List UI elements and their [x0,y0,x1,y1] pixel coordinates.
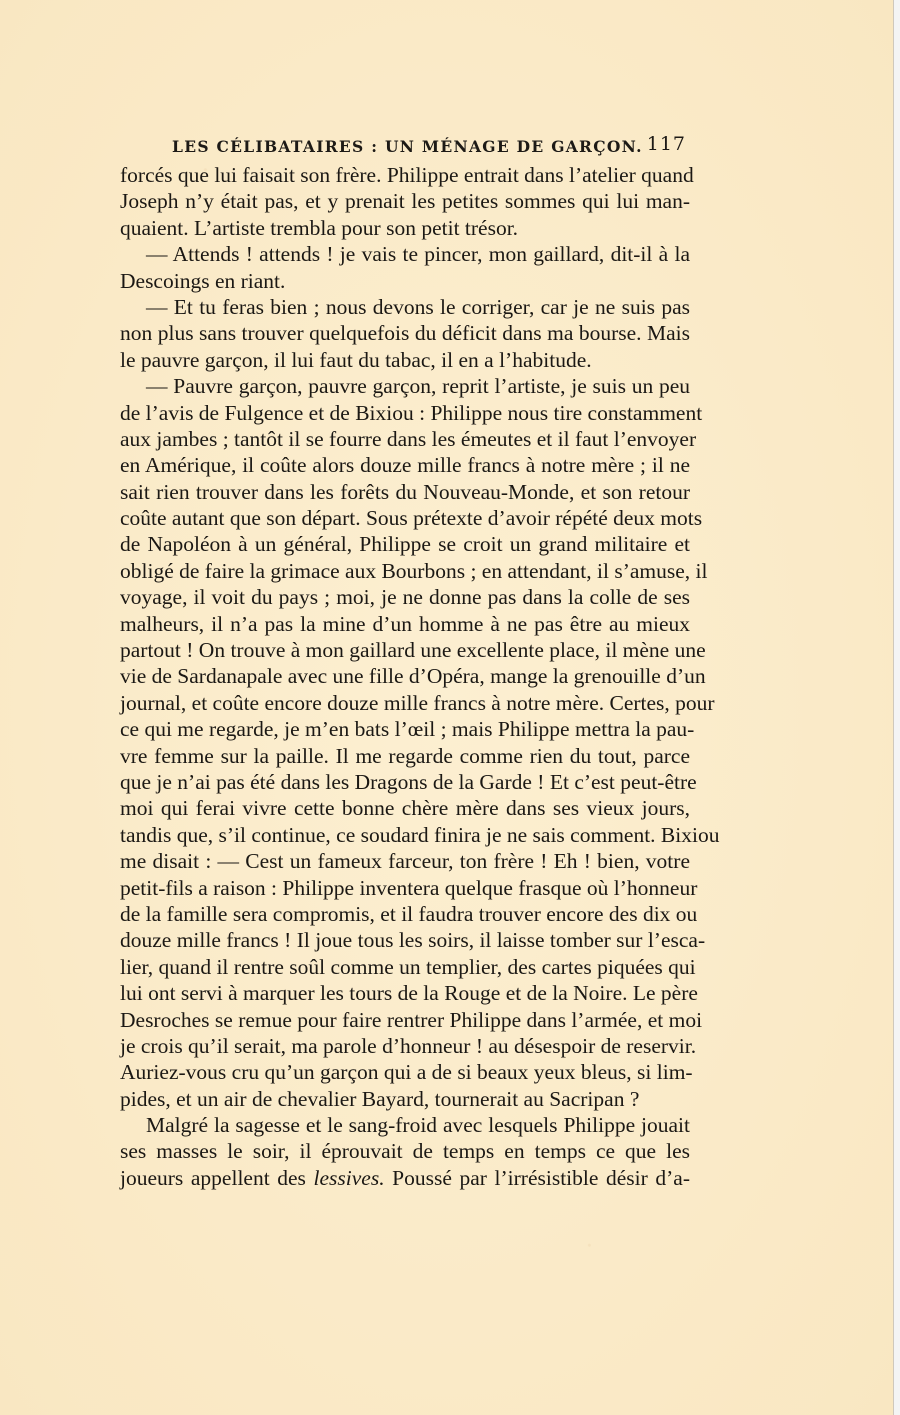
text-line: quaient. L’artiste trembla pour son peti… [120,215,690,241]
text-line: que je n’ai pas été dans les Dragons de … [120,769,690,795]
text-line: voyage, il voit du pays ; moi, je ne don… [120,584,690,610]
text-line: coûte autant que son départ. Sous prétex… [120,505,690,531]
text-line: Joseph n’y était pas, et y prenait les p… [120,188,690,214]
text-line: non plus sans trouver quelquefois du déf… [120,320,690,346]
page-number: 117 [647,133,686,155]
text-line: Auriez-vous cru qu’un garçon qui a de si… [120,1059,690,1085]
text-line: vre femme sur la paille. Il me regarde c… [120,743,690,769]
text-line: — Et tu feras bien ; nous devons le corr… [120,294,690,320]
text-line: forcés que lui faisait son frère. Philip… [120,162,690,188]
text-line: de Napoléon à un général, Philippe se cr… [120,531,690,557]
text-line: le pauvre garçon, il lui faut du tabac, … [120,347,690,373]
text-line: de la famille sera compromis, et il faud… [120,901,690,927]
text-line: lier, quand il rentre soûl comme un temp… [120,954,690,980]
text-line: pides, et un air de chevalier Bayard, to… [120,1086,690,1112]
running-head: LES CÉLIBATAIRES : UN MÉNAGE DE GARÇON. … [172,131,686,161]
text-line: Descoings en riant. [120,268,690,294]
text-line: — Pauvre garçon, pauvre garçon, reprit l… [120,373,690,399]
text-line: je crois qu’il serait, ma parole d’honne… [120,1033,690,1059]
text-fragment: Poussé par l’irrésistible désir d’a- [385,1166,690,1190]
text-line: obligé de faire la grimace aux Bourbons … [120,558,690,584]
text-line: journal, et coûte encore douze mille fra… [120,690,690,716]
text-line: douze mille francs ! Il joue tous les so… [120,927,690,953]
scan-edge [894,0,900,1415]
running-title: LES CÉLIBATAIRES : UN MÉNAGE DE GARÇON. [172,137,643,156]
text-line: tandis que, s’il continue, ce soudard fi… [120,822,690,848]
text-line: ce qui me regarde, je m’en bats l’œil ; … [120,716,690,742]
text-line: Desroches se remue pour faire rentrer Ph… [120,1007,690,1033]
text-line: joueurs appellent des lessives. Poussé p… [120,1165,690,1191]
text-line: aux jambes ; tantôt il se fourre dans le… [120,426,690,452]
text-line: petit-fils a raison : Philippe inventera… [120,875,690,901]
text-line: vie de Sardanapale avec une fille d’Opér… [120,663,690,689]
text-line: malheurs, il n’a pas la mine d’un homme … [120,611,690,637]
text-line: me disait : — Cest un fameux farceur, to… [120,848,690,874]
text-line: en Amérique, il coûte alors douze mille … [120,452,690,478]
text-line: lui ont servi à marquer les tours de la … [120,980,690,1006]
text-line: — Attends ! attends ! je vais te pincer,… [120,241,690,267]
text-line: de l’avis de Fulgence et de Bixiou : Phi… [120,400,690,426]
italic-term: lessives. [314,1166,385,1190]
text-line: partout ! On trouve à mon gaillard une e… [120,637,690,663]
text-fragment: joueurs appellent des [120,1166,314,1190]
text-line: sait rien trouver dans les forêts du Nou… [120,479,690,505]
text-line: Malgré la sagesse et le sang-froid avec … [120,1112,690,1138]
book-page: LES CÉLIBATAIRES : UN MÉNAGE DE GARÇON. … [0,0,894,1415]
body-text: forcés que lui faisait son frère. Philip… [120,162,690,1191]
text-line: moi qui ferai vivre cette bonne chère mè… [120,795,690,821]
text-line: ses masses le soir, il éprouvait de temp… [120,1138,690,1164]
